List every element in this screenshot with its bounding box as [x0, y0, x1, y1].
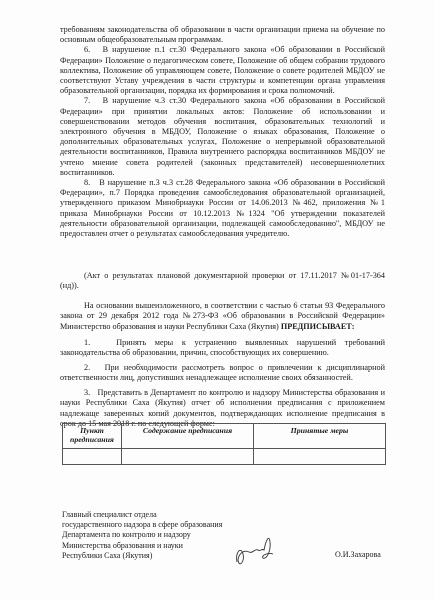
- table-row: [63, 449, 386, 465]
- item-7: 7. В нарушение ч.3 ст.30 Федерального за…: [60, 96, 385, 178]
- signer-title-line: Республики Саха (Якутия): [62, 551, 222, 561]
- header-content: Содержание предписания: [122, 424, 254, 449]
- header-measures: Принятые меры: [254, 424, 386, 449]
- signer-title-line: государственного надзора в сфере образов…: [62, 520, 222, 530]
- intro-continuation: требованиям законодательства об образова…: [60, 25, 385, 45]
- table-header-row: Пункт предписания Содержание предписания…: [63, 424, 386, 449]
- table-cell: [122, 449, 254, 465]
- signer-title-line: Министерства образования и науки: [62, 541, 222, 551]
- table-cell: [63, 449, 122, 465]
- report-form-table: Пункт предписания Содержание предписания…: [62, 423, 386, 465]
- basis-paragraph: На основании вышеизложенного, в соответс…: [60, 301, 385, 332]
- signer-title-line: Главный специалист отдела: [62, 510, 222, 520]
- handwritten-signature-icon: [233, 532, 278, 572]
- order-1: 1. Принять меры к устранению выявленных …: [60, 338, 385, 358]
- act-reference: (Акт о результатах плановой документарно…: [60, 271, 385, 291]
- document-page: требованиям законодательства об образова…: [0, 0, 435, 600]
- order-2: 2. При необходимости рассмотреть вопрос …: [60, 363, 385, 383]
- document-body-top: требованиям законодательства об образова…: [60, 25, 385, 239]
- table-cell: [254, 449, 386, 465]
- prescribes-heading: ПРЕДПИСЫВАЕТ:: [281, 322, 355, 331]
- item-8: 8. В нарушение п.3 ч.3 ст.28 Федеральног…: [60, 178, 385, 239]
- header-item: Пункт предписания: [63, 424, 122, 449]
- signer-name: О.И.Захарова: [335, 550, 381, 559]
- signature-title-block: Главный специалист отдела государственно…: [62, 510, 222, 561]
- item-6: 6. В нарушение п.1 ст.30 Федерального за…: [60, 45, 385, 96]
- signer-title-line: Департамента по контролю и надзору: [62, 530, 222, 540]
